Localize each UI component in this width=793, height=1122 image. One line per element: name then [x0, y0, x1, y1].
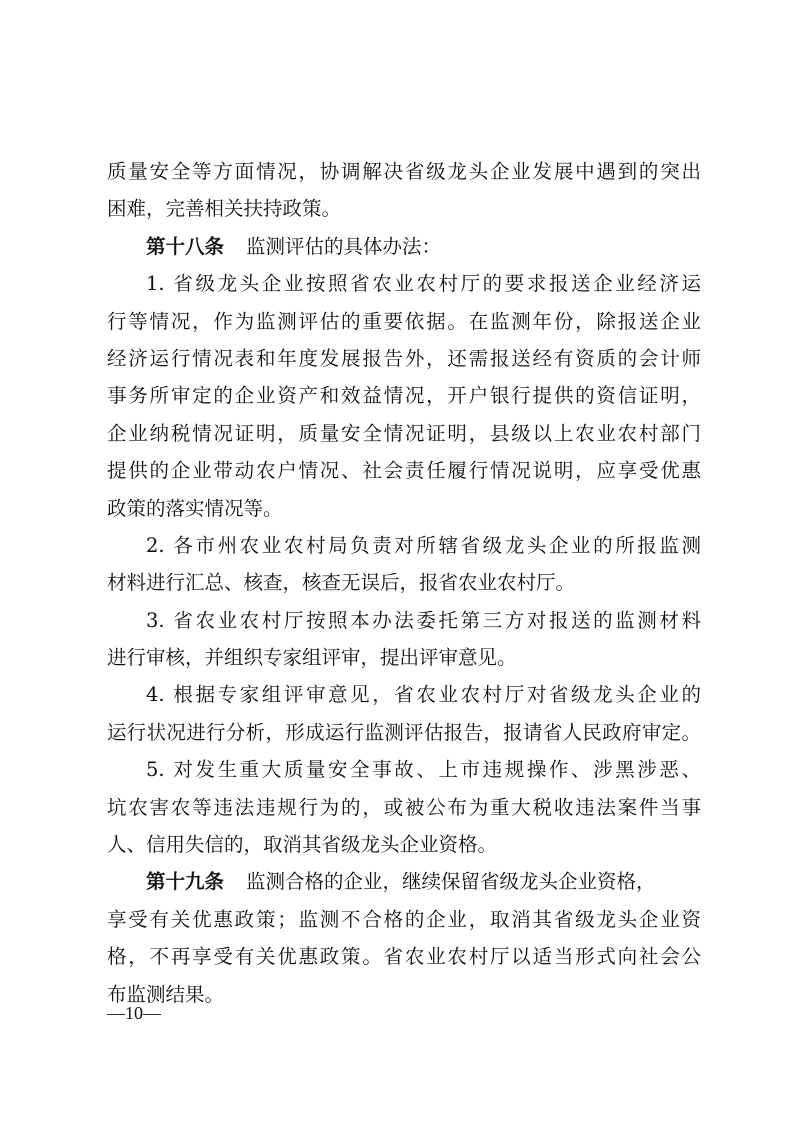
paragraph-line: 质量安全等方面情况，协调解决省级龙头企业发展中遇到的突出 [107, 153, 701, 190]
page-number: —10— [107, 1003, 161, 1024]
article-18-text: 监测评估的具体办法： [246, 235, 441, 258]
item-5-line: 坑农害农等违法违规行为的，或被公布为重大税收违法案件当事 [107, 789, 701, 826]
item-3-line: 3. 省农业农村厅按照本办法委托第三方对报送的监测材料 [107, 602, 701, 639]
document-body: 质量安全等方面情况，协调解决省级龙头企业发展中遇到的突出 困难，完善相关扶持政策… [107, 153, 701, 1013]
paragraph-line: 困难，完善相关扶持政策。 [107, 190, 701, 227]
article-19-line: 布监测结果。 [107, 976, 701, 1013]
item-3-line: 进行审核，并组织专家组评审，提出评审意见。 [107, 639, 701, 676]
article-19-line: 享受有关优惠政策；监测不合格的企业，取消其省级龙头企业资 [107, 901, 701, 938]
article-19-heading: 第十九条 [146, 870, 224, 893]
item-2-line: 材料进行汇总、核查，核查无误后，报省农业农村厅。 [107, 564, 701, 601]
item-1-line: 提供的企业带动农户情况、社会责任履行情况说明，应享受优惠 [107, 452, 701, 489]
item-4-line: 4. 根据专家组评审意见，省农业农村厅对省级龙头企业的 [107, 676, 701, 713]
item-2-line: 2. 各市州农业农村局负责对所辖省级龙头企业的所报监测 [107, 527, 701, 564]
item-1-line: 事务所审定的企业资产和效益情况，开户银行提供的资信证明， [107, 377, 701, 414]
article-18-line: 第十八条监测评估的具体办法： [107, 228, 701, 265]
item-1-line: 1. 省级龙头企业按照省农业农村厅的要求报送企业经济运 [107, 265, 701, 302]
item-5-line: 5. 对发生重大质量安全事故、上市违规操作、涉黑涉恶、 [107, 751, 701, 788]
item-5-line: 人、信用失信的，取消其省级龙头企业资格。 [107, 826, 701, 863]
article-19-text: 监测合格的企业，继续保留省级龙头企业资格， [246, 870, 656, 893]
article-19-line: 格，不再享受有关优惠政策。省农业农村厅以适当形式向社会公 [107, 938, 701, 975]
item-1-line: 经济运行情况表和年度发展报告外，还需报送经有资质的会计师 [107, 340, 701, 377]
article-19-line: 第十九条监测合格的企业，继续保留省级龙头企业资格， [107, 863, 701, 900]
item-4-line: 运行状况进行分析，形成运行监测评估报告，报请省人民政府审定。 [107, 714, 701, 751]
item-1-line: 政策的落实情况等。 [107, 490, 701, 527]
item-1-line: 企业纳税情况证明，质量安全情况证明，县级以上农业农村部门 [107, 415, 701, 452]
article-18-heading: 第十八条 [146, 235, 224, 258]
item-1-line: 行等情况，作为监测评估的重要依据。在监测年份，除报送企业 [107, 303, 701, 340]
